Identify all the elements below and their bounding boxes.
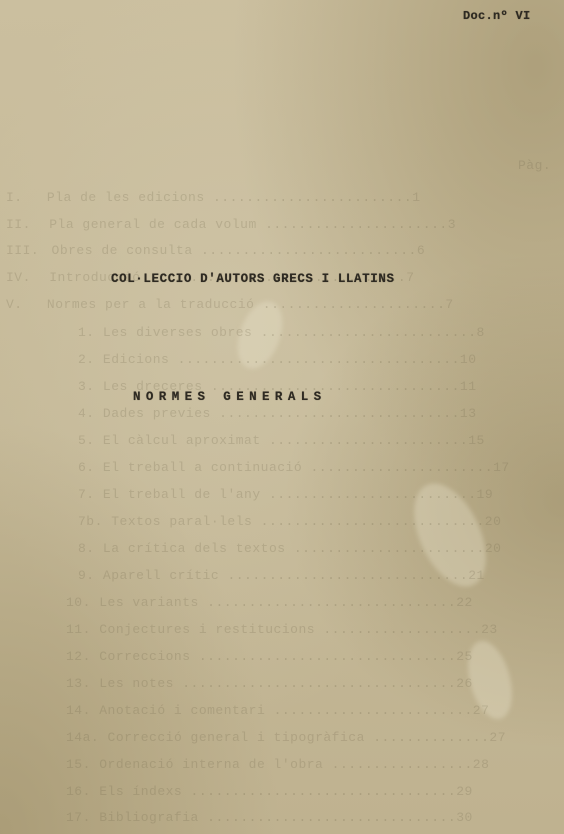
toc-line: 5. El càlcul aproximat .................… [78,433,485,448]
document-number: Doc.nº VI [463,9,531,23]
toc-line: 12. Correccions ........................… [66,649,473,664]
toc-line: 11. Conjectures i restitucions .........… [66,622,498,637]
toc-line: 7. El treball de l'any .................… [78,487,493,502]
toc-line: 14a. Correcció general i tipogràfica ...… [66,730,506,745]
section-title: NORMES GENERALS [133,390,327,404]
toc-line: 8. La crítica dels textos ..............… [78,541,501,556]
toc-line: 1. Les diverses obres ..................… [78,325,485,340]
toc-line: II. Pla general de cada volum ..........… [6,217,456,232]
toc-line: 2. Edicions ............................… [78,352,477,367]
toc-line: 13. Les notes ..........................… [66,676,473,691]
toc-line: 10. Les variants .......................… [66,595,473,610]
toc-line: I. Pla de les edicions .................… [6,190,421,205]
toc-line: V. Normes per a la traducció ...........… [6,297,454,312]
toc-line: 14. Anotació i comentari ...............… [66,703,489,718]
bleed-through-header: Pàg. [518,158,551,173]
toc-line: 15. Ordenació interna de l'obra ........… [66,757,489,772]
toc-line: 6. El treball a continuació ............… [78,460,510,475]
toc-line: 9. Aparell crític ......................… [78,568,485,583]
toc-line: III. Obres de consulta .................… [6,243,425,258]
toc-line: 4. Dades previes .......................… [78,406,477,421]
toc-line: 7b. Textos paral·lels ..................… [78,514,501,529]
toc-line: 17. Bibliografia .......................… [66,810,473,825]
collection-title: COL·LECCIO D'AUTORS GRECS I LLATINS [111,272,395,286]
toc-line: 16. Els índexs .........................… [66,784,473,799]
document-page: Pàg. I. Pla de les edicions ............… [0,0,564,834]
